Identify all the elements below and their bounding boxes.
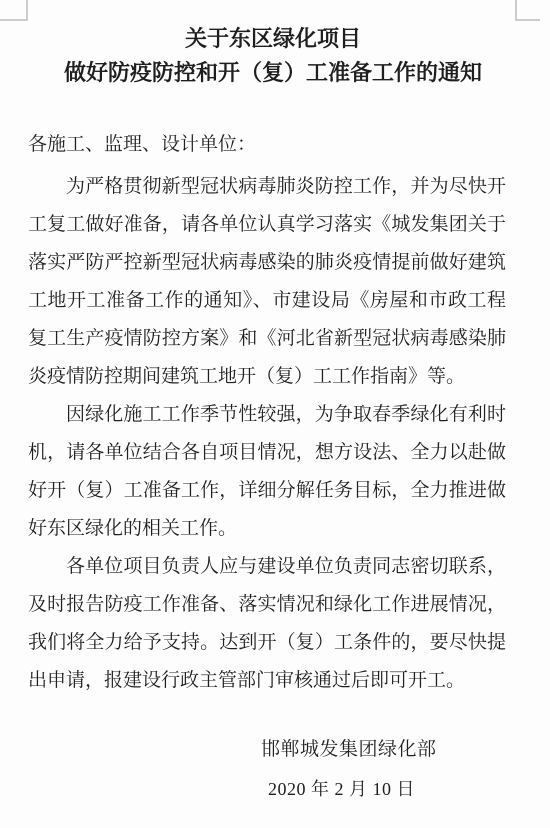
document-title-line-1: 关于东区绿化项目	[26, 22, 520, 56]
body-paragraph-3: 各单位项目负责人应与建设单位负责同志密切联系，及时报告防疫工作准备、落实情况和绿…	[28, 548, 506, 700]
document-page: 关于东区绿化项目 做好防疫防控和开（复）工准备工作的通知 各施工、监理、设计单位…	[0, 0, 550, 828]
document-title: 关于东区绿化项目 做好防疫防控和开（复）工准备工作的通知	[26, 22, 520, 90]
body-paragraph-1: 为严格贯彻新型冠状病毒肺炎防控工作，并为尽快开工复工做好准备，请各单位认真学习落…	[28, 168, 506, 396]
document-title-line-2: 做好防疫防控和开（复）工准备工作的通知	[26, 56, 520, 90]
signature-date: 2020 年 2 月 10 日	[268, 775, 415, 801]
signature-unit-name: 邯郸城发集团绿化部	[261, 734, 437, 761]
document-body: 各施工、监理、设计单位： 为严格贯彻新型冠状病毒肺炎防控工作，并为尽快开工复工做…	[28, 126, 506, 700]
margin-corner-mark-top-right	[515, 0, 540, 21]
margin-corner-mark-top-left	[0, 0, 28, 21]
body-paragraph-2: 因绿化施工工作季节性较强，为争取春季绿化有利时机，请各单位结合各自项目情况，想方…	[28, 396, 506, 548]
salutation-line: 各施工、监理、设计单位：	[28, 126, 506, 164]
